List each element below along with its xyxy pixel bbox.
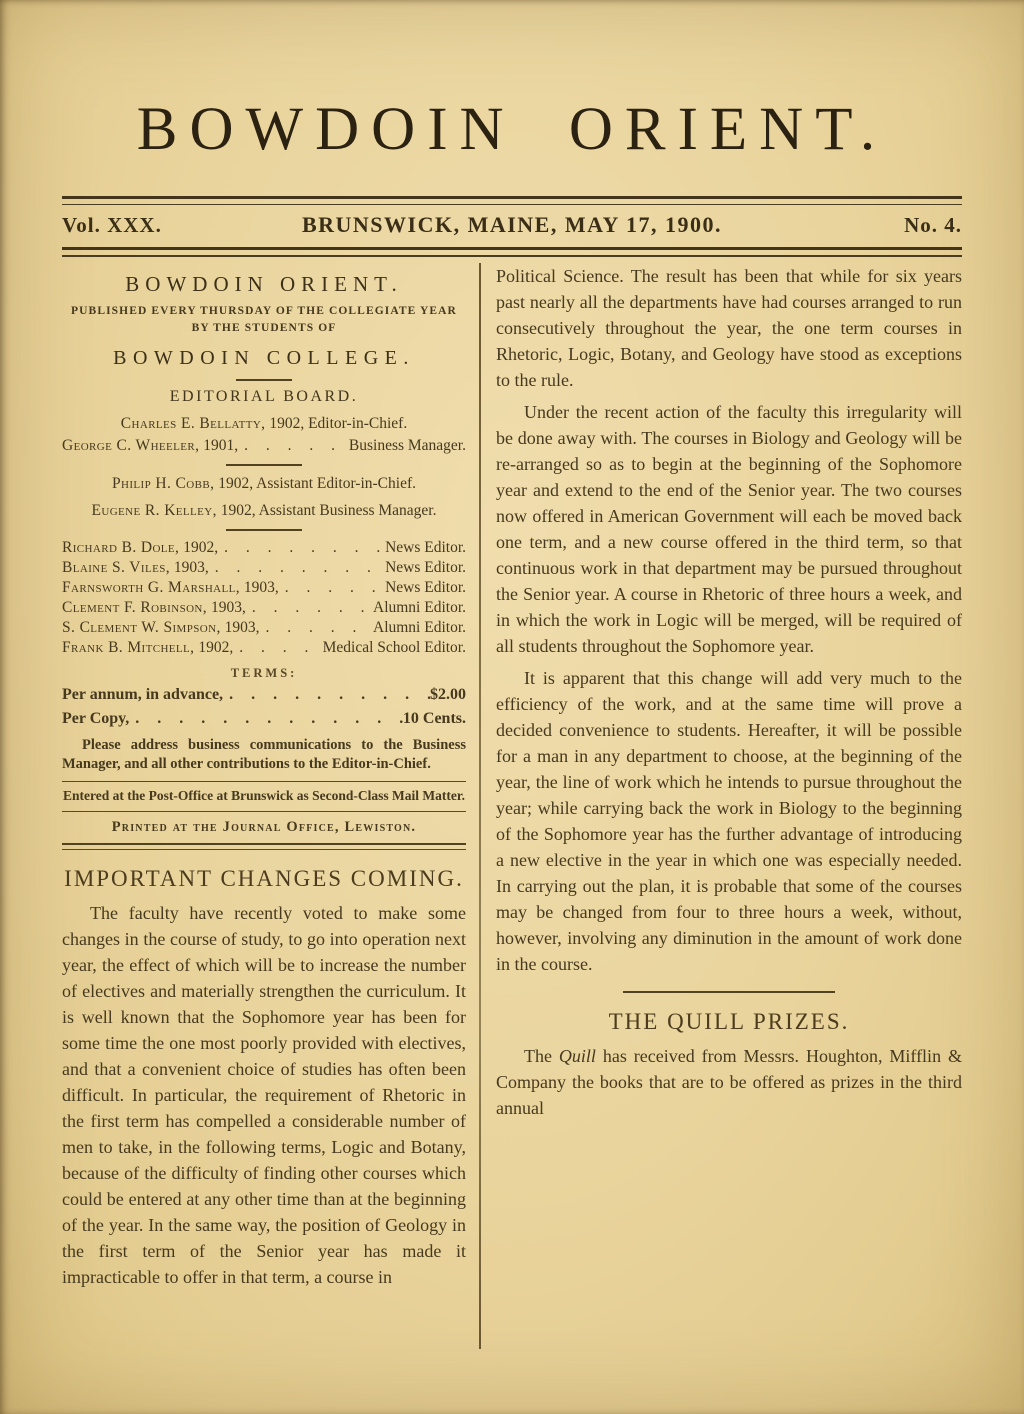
dot-leader [279, 578, 385, 597]
editor-row: Clement F. Robinson, 1903, Alumni Editor… [62, 598, 466, 617]
college-name: BOWDOIN COLLEGE. [62, 347, 466, 370]
dot-leader [259, 618, 373, 637]
terms-row: Per Copy, 10 Cents. [62, 709, 466, 729]
terms-label: Per annum, in advance, [62, 685, 223, 705]
printed-notice: Printed at the Journal Office, Lewiston. [62, 819, 466, 836]
right-column: Political Science. The result has been t… [481, 263, 962, 1349]
editor-role: Medical School Editor. [323, 638, 466, 657]
editor-name: S. Clement W. Simpson, 1903, [62, 618, 259, 637]
page-columns: BOWDOIN ORIENT. PUBLISHED EVERY THURSDAY… [62, 263, 962, 1349]
issue-number: No. 4. [772, 213, 962, 238]
article-paragraph: It is apparent that this change will add… [496, 665, 962, 977]
dot-leader [246, 598, 373, 617]
section-rule [623, 991, 835, 993]
editor-in-chief-line: Charles E. Bellatty, 1902, Editor-in-Chi… [62, 414, 466, 433]
editor-name: Frank B. Mitchell, 1902, [62, 638, 233, 657]
dot-leader [233, 638, 322, 657]
colophon-paper-title: BOWDOIN ORIENT. [62, 272, 466, 297]
masthead: BOWDOIN ORIENT. Vol. XXX. BRUNSWICK, MAI… [0, 94, 1024, 257]
editor-name: Clement F. Robinson, 1903, [62, 598, 246, 617]
article-paragraph: Political Science. The result has been t… [496, 263, 962, 393]
dot-leader [209, 558, 385, 577]
dot-leader [238, 436, 349, 455]
address-notice: Please address business communications t… [62, 736, 466, 774]
section-rule [236, 379, 292, 381]
dateline: BRUNSWICK, MAINE, MAY 17, 1900. [252, 212, 772, 238]
column-rule [62, 781, 466, 782]
dateline-row: Vol. XXX. BRUNSWICK, MAINE, MAY 17, 1900… [62, 212, 962, 238]
entered-notice: Entered at the Post-Office at Brunswick … [62, 788, 466, 804]
business-manager-line: George C. Wheeler, 1901, Business Manage… [62, 436, 466, 455]
newspaper-page: BOWDOIN ORIENT. Vol. XXX. BRUNSWICK, MAI… [0, 0, 1024, 1414]
terms-heading: TERMS: [62, 666, 466, 681]
terms-row: Per annum, in advance, $2.00 [62, 685, 466, 705]
editor-row: Blaine S. Viles, 1903, News Editor. [62, 558, 466, 577]
article-paragraph: The Quill has received from Messrs. Houg… [496, 1043, 962, 1121]
masthead-bottom-rule [62, 247, 962, 257]
editor-role: News Editor. [385, 538, 466, 557]
quill-italic: Quill [559, 1046, 596, 1066]
editor-role: Business Manager. [349, 436, 466, 455]
editor-role: News Editor. [385, 558, 466, 577]
assistant-editor-line: Philip H. Cobb, 1902, Assistant Editor-i… [62, 474, 466, 493]
masthead-top-rule [62, 196, 962, 205]
editor-row: Farnsworth G. Marshall, 1903, News Edito… [62, 578, 466, 597]
editor-name: Eugene R. Kelley, [92, 502, 217, 519]
terms-label: Per Copy, [62, 709, 129, 729]
editor-role: 1902, Assistant Editor-in-Chief. [214, 475, 416, 492]
editor-row: Frank B. Mitchell, 1902, Medical School … [62, 638, 466, 657]
left-column: BOWDOIN ORIENT. PUBLISHED EVERY THURSDAY… [62, 263, 466, 1349]
terms-value: 10 Cents. [403, 709, 466, 729]
article-paragraph: The faculty have recently voted to make … [62, 900, 466, 1290]
editor-name: Richard B. Dole, 1902, [62, 538, 218, 557]
article-headline: IMPORTANT CHANGES COMING. [62, 866, 466, 892]
editor-name: George C. Wheeler, 1901, [62, 436, 238, 455]
editor-role: Alumni Editor. [373, 618, 466, 637]
editor-role: 1902, Editor-in-Chief. [265, 415, 407, 432]
article-headline: THE QUILL PRIZES. [496, 1009, 962, 1035]
article-paragraph: Under the recent action of the faculty t… [496, 399, 962, 659]
editor-role: 1902, Assistant Business Manager. [217, 502, 437, 519]
section-rule [226, 529, 302, 531]
dot-leader [218, 538, 385, 557]
editor-name: Philip H. Cobb, [112, 475, 214, 492]
volume-label: Vol. XXX. [62, 213, 252, 238]
editor-role: Alumni Editor. [373, 598, 466, 617]
masthead-title: BOWDOIN ORIENT. [62, 94, 962, 166]
editorial-board-heading: EDITORIAL BOARD. [62, 388, 466, 406]
colophon-end-rule [62, 843, 466, 850]
terms-value: $2.00 [430, 685, 466, 705]
editor-name: Charles E. Bellatty, [121, 415, 266, 432]
column-rule [62, 811, 466, 812]
published-line-2: BY THE STUDENTS OF [62, 321, 466, 336]
editor-name: Farnsworth G. Marshall, 1903, [62, 578, 279, 597]
dot-leader [223, 685, 430, 705]
editor-row: Richard B. Dole, 1902, News Editor. [62, 538, 466, 557]
published-line-1: PUBLISHED EVERY THURSDAY OF THE COLLEGIA… [62, 304, 466, 319]
section-rule [226, 464, 302, 466]
assistant-manager-line: Eugene R. Kelley, 1902, Assistant Busine… [62, 501, 466, 520]
dot-leader [129, 709, 403, 729]
editor-row: S. Clement W. Simpson, 1903, Alumni Edit… [62, 618, 466, 637]
editor-role: News Editor. [385, 578, 466, 597]
editor-name: Blaine S. Viles, 1903, [62, 558, 209, 577]
